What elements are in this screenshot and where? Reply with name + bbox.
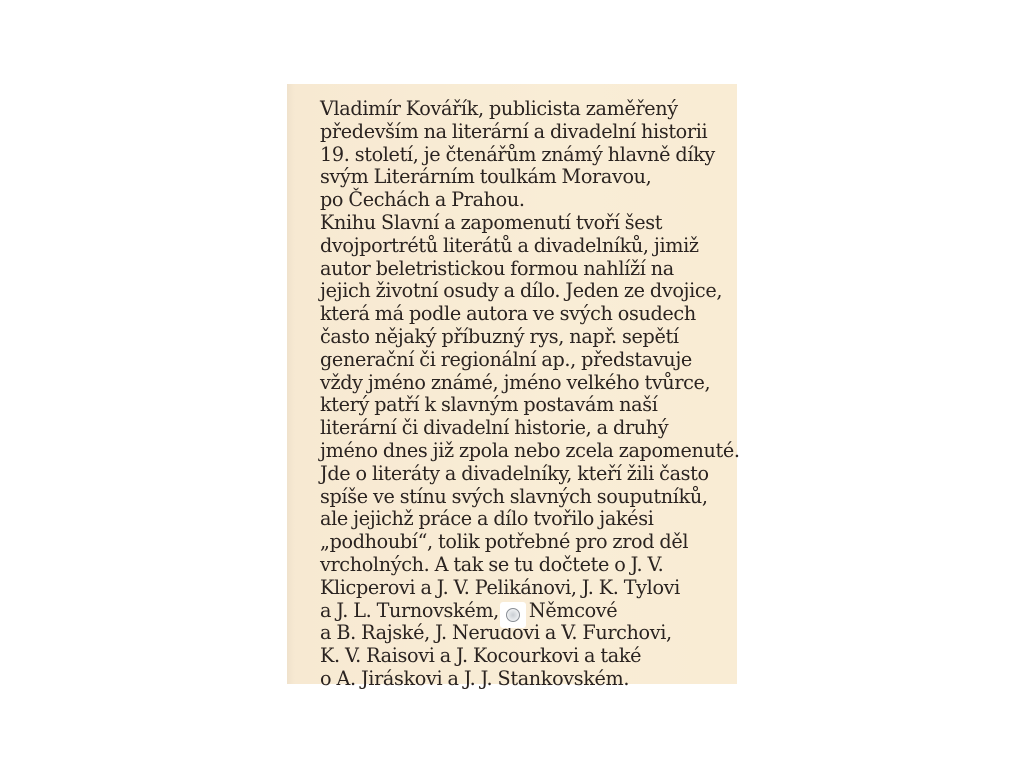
text-line: vrcholných. A tak se tu dočtete o J. V. [320, 554, 740, 577]
text-line: Vladimír Kovářík, publicista zaměřený [320, 98, 740, 121]
book-blurb-text: Vladimír Kovářík, publicista zaměřený př… [320, 98, 740, 691]
text-line: generační či regionální ap., představuje [320, 349, 740, 372]
text-line: Jde o literáty a divadelníky, kteří žili… [320, 463, 740, 486]
text-line: který patří k slavným postavám naší [320, 394, 740, 417]
text-line: Klicperovi a J. V. Pelikánovi, J. K. Tyl… [320, 577, 740, 600]
text-line: jejich životní osudy a dílo. Jeden ze dv… [320, 280, 740, 303]
text-line: o A. Jiráskovi a J. J. Stankovském. [320, 668, 740, 691]
text-line: Knihu Slavní a zapomenutí tvoří šest [320, 212, 740, 235]
text-line: literární či divadelní historie, a druhý [320, 417, 740, 440]
text-line: 19. století, je čtenářům známý hlavně dí… [320, 144, 740, 167]
text-line: spíše ve stínu svých slavných souputníků… [320, 486, 740, 509]
text-line: především na literární a divadelní histo… [320, 121, 740, 144]
text-line: K. V. Raisovi a J. Kocourkovi a také [320, 645, 740, 668]
text-line: svým Literárním toulkám Moravou, [320, 166, 740, 189]
text-line: která má podle autora ve svých osudech [320, 303, 740, 326]
text-line: často nějaký příbuzný rys, např. sepětí [320, 326, 740, 349]
text-line: vždy jméno známé, jméno velkého tvůrce, [320, 372, 740, 395]
text-line: ale jejichž práce a dílo tvořilo jakési [320, 508, 740, 531]
text-line: a J. L. Turnovském, B. Němcové [320, 600, 740, 623]
text-line: po Čechách a Prahou. [320, 189, 740, 212]
stamp-emblem-icon [506, 608, 520, 622]
text-line: dvojportrétů literátů a divadelníků, jim… [320, 235, 740, 258]
text-line: jméno dnes již zpola nebo zcela zapomenu… [320, 440, 740, 463]
text-line: autor beletristickou formou nahlíží na [320, 258, 740, 281]
book-page: Vladimír Kovářík, publicista zaměřený př… [287, 84, 737, 684]
text-line: a B. Rajské, J. Nerudovi a V. Furchovi, [320, 622, 740, 645]
stamp-logo-icon [500, 602, 526, 628]
text-line: „podhoubí“, tolik potřebné pro zrod děl [320, 531, 740, 554]
